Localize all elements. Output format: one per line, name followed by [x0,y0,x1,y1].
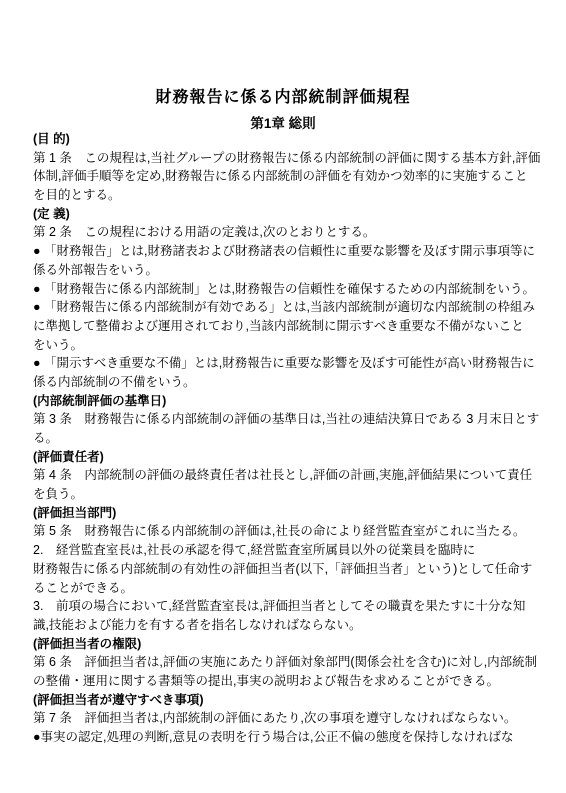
section-heading: (内部統制評価の基準日) [33,392,542,411]
doc-line: 体制,評価手順等を定め,財務報告に係る内部統制の評価を有効かつ効率的に実施するこ… [33,167,542,186]
doc-line: 第 4 条 内部統制の評価の最終責任者は社長とし,評価の計画,実施,評価結果につ… [33,466,542,485]
doc-line: ● 「財務報告に係る内部統制」とは,財務報告の信頼性を確保するための内部統制をい… [33,280,542,299]
doc-line: に準拠して整備および運用されており,当該内部統制に開示すべき重要な不備がないこと [33,317,542,336]
document-title: 財務報告に係る内部統制評価規程 [0,84,566,107]
document-page: 財務報告に係る内部統制評価規程 第1章 総則 (目 的)第 1 条 この規程は,… [0,0,566,793]
doc-line: ● 「財務報告に係る内部統制が有効である」とは,当該内部統制が適切な内部統制の枠… [33,298,542,317]
doc-line: ●事実の認定,処理の判断,意見の表明を行う場合は,公正不偏の態度を保持しなければ… [33,728,542,747]
chapter-heading: 第1章 総則 [0,112,566,132]
doc-line: 財務報告に係る内部統制の有効性の評価担当者(以下,「評価担当者」という)として任… [33,560,542,579]
section-heading: (評価担当部門) [33,504,542,523]
doc-line: の整備・運用に関する書類等の提出,事実の説明および報告を求めることができる。 [33,672,542,691]
doc-line: 係る内部統制の不備をいう。 [33,373,542,392]
doc-line: 係る外部報告をいう。 [33,261,542,280]
doc-line: 第 7 条 評価担当者は,内部統制の評価にあたり,次の事項を遵守しなければならな… [33,709,542,728]
doc-line: を負う。 [33,485,542,504]
doc-line: ることができる。 [33,579,542,598]
doc-line: 3. 前項の場合において,経営監査室長は,評価担当者としてその職責を果たすに十分… [33,597,542,616]
doc-line: を目的とする。 [33,186,542,205]
doc-line: 第 1 条 この規程は,当社グループの財務報告に係る内部統制の評価に関する基本方… [33,149,542,168]
section-heading: (目 的) [33,130,542,149]
doc-line: ● 「開示すべき重要な不備」とは,財務報告に重要な影響を及ぼす可能性が高い財務報… [33,354,542,373]
doc-line: 2. 経営監査室長は,社長の承認を得て,経営監査室所属員以外の従業員を臨時に [33,541,542,560]
doc-line: をいう。 [33,336,542,355]
section-heading: (評価担当者が遵守すべき事項) [33,691,542,710]
section-heading: (評価担当者の権限) [33,635,542,654]
doc-line: 第 5 条 財務報告に係る内部統制の評価は,社長の命により経営監査室がこれに当た… [33,522,542,541]
doc-line: 第 2 条 この規程における用語の定義は,次のとおりとする。 [33,223,542,242]
doc-line: 第 3 条 財務報告に係る内部統制の評価の基準日は,当社の連結決算日である 3 … [33,410,542,429]
doc-line: 識,技能および能力を有する者を指名しなければならない。 [33,616,542,635]
section-heading: (評価責任者) [33,448,542,467]
doc-line: る。 [33,429,542,448]
section-heading: (定 義) [33,205,542,224]
doc-line: ● 「財務報告」とは,財務諸表および財務諸表の信頼性に重要な影響を及ぼす開示事項… [33,242,542,261]
document-body: (目 的)第 1 条 この規程は,当社グループの財務報告に係る内部統制の評価に関… [33,130,542,747]
doc-line: 第 6 条 評価担当者は,評価の実施にあたり評価対象部門(関係会社を含む)に対し… [33,653,542,672]
